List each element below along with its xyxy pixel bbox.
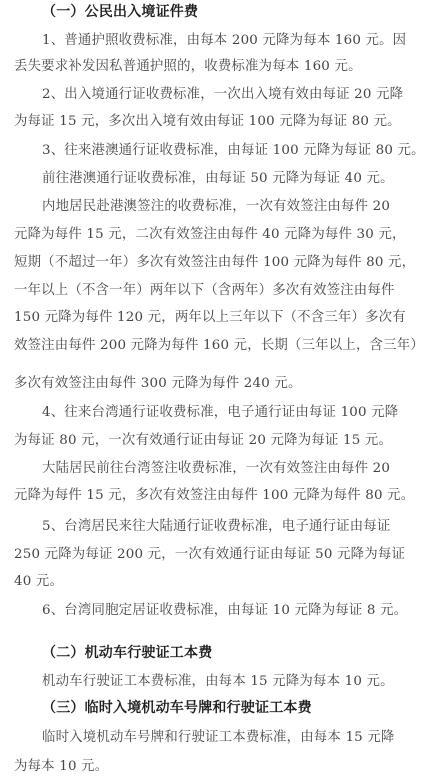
paragraph-line: 40 元。 (14, 573, 63, 591)
paragraph-line: 丢失要求补发因私普通护照的，收费标准为每本 160 元。 (14, 58, 362, 76)
paragraph-line: 为每证 80 元，一次有效通行证由每证 20 元降为每证 15 元。 (14, 432, 392, 450)
paragraph-line: 为每证 15 元，多次出入境有效由每证 100 元降为每证 80 元。 (14, 113, 401, 131)
paragraph-line: 一年以上（不含一年）两年以下（含两年）多次有效签注由每件 (14, 282, 395, 300)
paragraph-line: 机动车行驶证工本费标准，由每本 15 元降为每本 10 元。 (42, 673, 394, 691)
paragraph-line: 短期（不超过一年）多次有效签注由每件 100 元降为每件 80 元， (14, 254, 415, 272)
paragraph-line: 1、普通护照收费标准，由每本 200 元降为每本 160 元。因 (42, 32, 406, 50)
paragraph-line: 前往港澳通行证收费标准，由每证 50 元降为每证 40 元。 (42, 170, 394, 188)
paragraph-line: 元降为每件 15 元，二次有效签注由每件 40 元降为每件 30 元， (14, 226, 406, 244)
paragraph-line: 大陆居民前往台湾签注收费标准，一次有效签注由每件 20 (42, 460, 390, 478)
paragraph-line: 2、出入境通行证收费标准，一次出入境有效由每证 20 元降 (42, 86, 403, 104)
paragraph-line: 为每本 10 元。 (14, 758, 108, 776)
paragraph-line: 元降为每件 15 元，多次有效签注由每件 100 元降为每件 80 元。 (14, 487, 414, 505)
paragraph-line: 临时入境机动车号牌和行驶证工本费标准，由每本 15 元降 (42, 729, 395, 747)
paragraph-line: 150 元降为每件 120 元，两年以上三年以下（不含三年）多次有 (14, 309, 406, 327)
paragraph-line: 内地居民赴港澳签注的收费标准，一次有效签注由每件 20 (42, 198, 390, 216)
paragraph-line: 4、往来台湾通行证收费标准，电子通行证由每证 100 元降 (42, 404, 398, 422)
section-heading-3: （三）临时入境机动车号牌和行驶证工本费 (42, 699, 312, 717)
paragraph-line: 3、往来港澳通行证收费标准，由每证 100 元降为每证 80 元。 (42, 142, 421, 160)
section-heading-1: （一）公民出入境证件费 (42, 3, 198, 21)
paragraph-line: 5、台湾居民来往大陆通行证收费标准，电子通行证由每证 (42, 518, 390, 536)
paragraph-line: 多次有效签注由每件 300 元降为每件 240 元。 (14, 375, 302, 393)
section-heading-2: （二）机动车行驶证工本费 (42, 644, 212, 662)
paragraph-line: 250 元降为每证 200 元，一次有效通行证由每证 50 元降为每证 (14, 546, 405, 564)
paragraph-line: 效签注由每件 200 元降为每件 160 元，长期（三年以上，含三年） (14, 337, 421, 355)
paragraph-line: 6、台湾同胞定居证收费标准，由每证 10 元降为每证 8 元。 (42, 602, 407, 620)
